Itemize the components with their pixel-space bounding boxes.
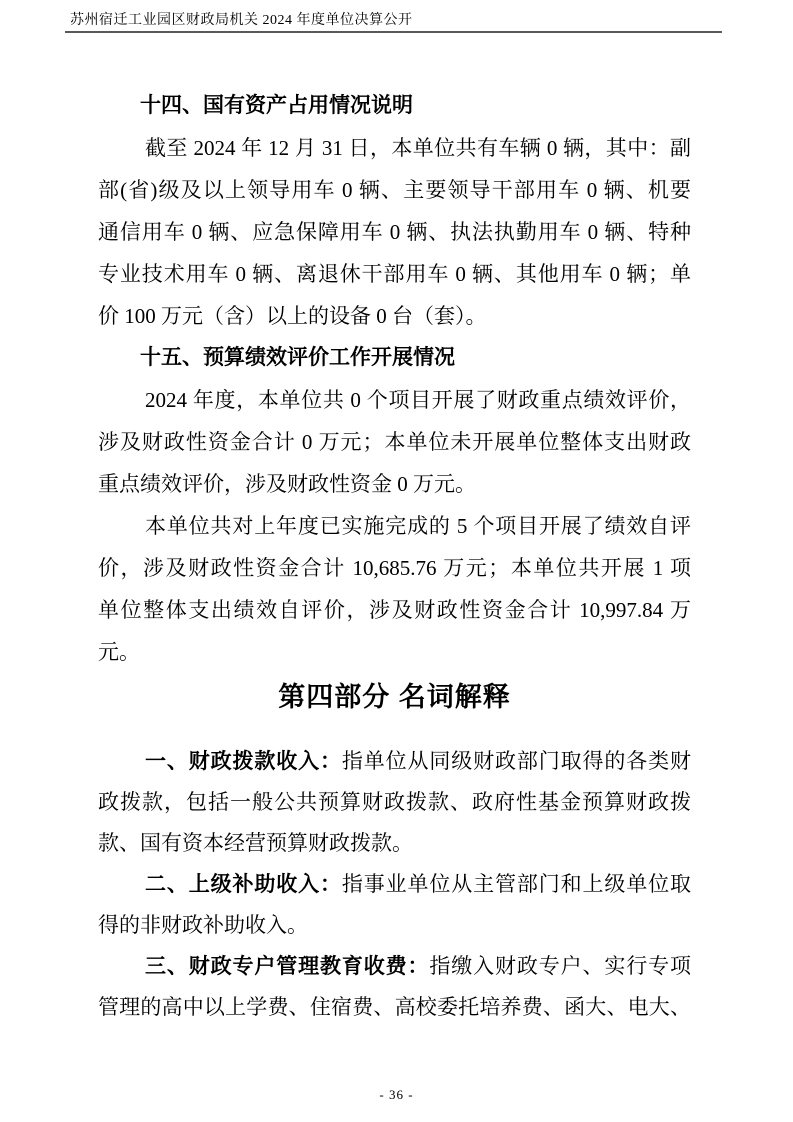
definition-line: 款、国有资本经营预算财政拨款。 [98,823,691,864]
definition-line: 管理的高中以上学费、住宿费、高校委托培养费、函大、电大、 [98,987,691,1028]
document-body: 十四、国有资产占用情况说明截至 2024 年 12 月 31 日，本单位共有车辆… [98,85,691,1028]
paragraph-line: 截至 2024 年 12 月 31 日，本单位共有车辆 0 辆，其中：副 [98,127,691,169]
definition-term: 二、上级补助收入： [145,873,342,896]
definition-line: 得的非财政补助收入。 [98,905,691,946]
paragraph-line: 专业技术用车 0 辆、离退休干部用车 0 辆、其他用车 0 辆；单 [98,253,691,295]
definition-line: 三、财政专户管理教育收费：指缴入财政专户、实行专项 [98,946,691,987]
paragraph-line: 单位整体支出绩效自评价，涉及财政性资金合计 10,997.84 万 [98,589,691,631]
definition-line: 二、上级补助收入：指事业单位从主管部门和上级单位取 [98,864,691,905]
paragraph-line: 本单位共对上年度已实施完成的 5 个项目开展了绩效自评 [98,505,691,547]
paragraph-line: 价 100 万元（含）以上的设备 0 台（套）。 [98,295,691,337]
page-number: - 36 - [0,1087,793,1103]
part-title: 第四部分 名词解释 [98,673,691,721]
definition-line: 一、财政拨款收入：指单位从同级财政部门取得的各类财 [98,741,691,782]
definition-text: 指缴入财政专户、实行专项 [429,954,691,978]
section-heading: 十四、国有资产占用情况说明 [98,85,691,127]
definition-line: 政拨款，包括一般公共预算财政拨款、政府性基金预算财政拨 [98,782,691,823]
definition-term: 一、财政拨款收入： [145,750,342,773]
definition-text: 指单位从同级财政部门取得的各类财 [342,749,691,773]
paragraph-line: 重点绩效评价，涉及财政性资金 0 万元。 [98,463,691,505]
paragraph-line: 通信用车 0 辆、应急保障用车 0 辆、执法执勤用车 0 辆、特种 [98,211,691,253]
paragraph-line: 价，涉及财政性资金合计 10,685.76 万元；本单位共开展 1 项 [98,547,691,589]
header-rule [65,31,722,33]
definition-text: 指事业单位从主管部门和上级单位取 [342,872,691,896]
paragraph-line: 涉及财政性资金合计 0 万元；本单位未开展单位整体支出财政 [98,421,691,463]
definition-term: 三、财政专户管理教育收费： [145,955,429,978]
paragraph-line: 2024 年度，本单位共 0 个项目开展了财政重点绩效评价， [98,379,691,421]
paragraph-line: 部(省)级及以上领导用车 0 辆、主要领导干部用车 0 辆、机要 [98,169,691,211]
document-page: 苏州宿迁工业园区财政局机关 2024 年度单位决算公开 十四、国有资产占用情况说… [0,0,793,1122]
page-header-title: 苏州宿迁工业园区财政局机关 2024 年度单位决算公开 [70,9,413,29]
paragraph-line: 元。 [98,631,691,673]
section-heading: 十五、预算绩效评价工作开展情况 [98,337,691,379]
